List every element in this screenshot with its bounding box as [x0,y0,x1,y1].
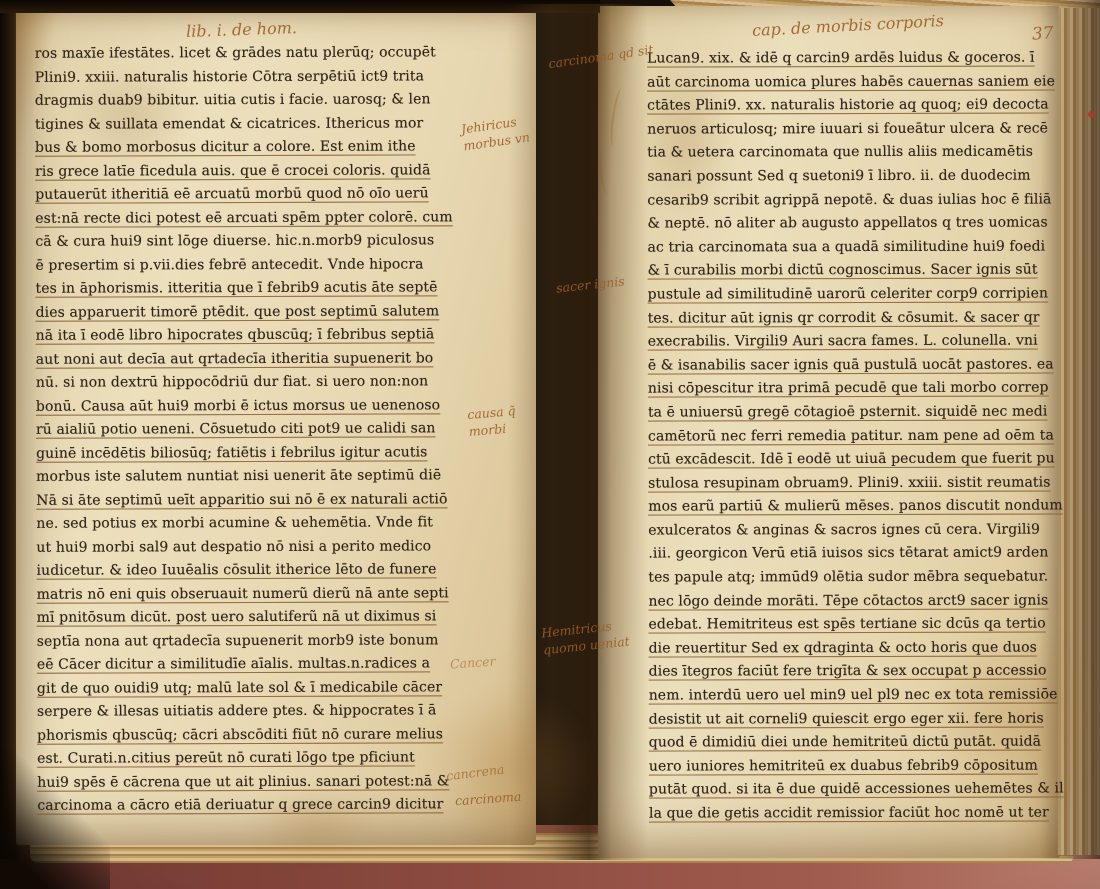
printed-text-line: edebat. Hemitriteus est spēs tertiane si… [648,613,1088,638]
book-photo: lib. i. de hom. cap. de morbis corporis … [0,0,1100,889]
printed-text-line: sanari possunt Sed q suetoni9 ī libro. i… [647,164,1087,189]
printed-text-line: cā & cura hui9 sint lōge diuerse. hic.n.… [35,229,473,254]
margin-note-cancer: Cancer [449,652,496,672]
margin-note-causa-morbi: causa q̃ morbi [467,402,518,440]
printed-text-line: Nā si āte septimū ueīt apparitio sui nō … [36,488,474,513]
printed-text-line: & ī curabilis morbi dictū cognoscimus. S… [648,259,1088,284]
printed-text-line: nem. interdū uero uel min9 uel pl9 nec e… [649,683,1089,708]
printed-text-line: iudicetur. & ideo Iuuēalis cōsulit ither… [36,558,474,583]
printed-text-line: serpere & illesas uitiatis addere ptes. … [37,699,475,724]
red-ink-speck [1088,111,1095,118]
printed-text-line: ctū excādescit. Idē ī eodē ut uiuā pecud… [648,448,1088,473]
printed-text-line: ut hui9 morbi sal9 aut despatio nō nisi … [36,535,474,560]
printed-text-line: exulceratos & anginas & sacros ignes cū … [648,518,1088,543]
printed-text-line: ta ē uniuersū gregē cōtagioē psternit. s… [648,400,1088,425]
printed-text-line: mī pnitōsum dicūt. post uero salutiferũ … [37,605,475,630]
left-header-annotation: lib. i. de hom. [186,18,298,41]
printed-text-line: guinē incēdētis biliosūq; fatiētis i feb… [36,441,474,466]
printed-text-line: nū. si non dextrū hippocōdriū dur fiat. … [36,370,474,395]
printed-text-line: morbus iste salutem nuntiat nisi uenerit… [36,464,474,489]
printed-text-line: matris nō eni quis obseruauit numerũ die… [37,582,475,607]
printed-text-line: ē presertim si p.vii.dies febrē antecedi… [35,253,473,278]
printed-text-line: git de quo ouidi9 utq; malū late sol & ī… [37,676,475,701]
printed-text-line: bus & bomo morbosus dicitur a colore. Es… [35,135,473,160]
printed-text-line: Plini9. xxiii. naturalis historie Cōtra … [35,65,473,90]
printed-text-line: uero iuniores hemitriteū ex duabus febri… [649,754,1089,779]
printed-text-line: rū aialiū potio ueneni. Cōsuetudo citi p… [36,417,474,442]
printed-text-line: aūt carcinoma uomica plures habēs cauern… [647,70,1087,95]
book-top-edge [0,0,600,13]
printed-text-line: cesarib9 scribit agrippā nepotē. & duas … [647,188,1087,213]
printed-text-line: desistit ut ait corneli9 quiescit ergo e… [649,707,1089,732]
printed-text-line: hui9 spēs ē cācrena que ut ait plinius. … [37,770,475,795]
printed-text-line: septīa nona aut qrtadecīa supuenerit mor… [37,629,475,654]
printed-text-line: mos earũ partiū & mulierũ mēses. panos d… [648,495,1088,520]
printed-text-line: ctātes Plini9. xx. naturalis historie aq… [647,94,1087,119]
right-page-text-block: Lucan9. xix. & idē q carcin9 ardēs luidu… [647,46,1089,826]
folio-number: 37 [1031,23,1054,44]
printed-text-line: eē Cācer dicitur a similitudīe aīalis. m… [37,652,475,677]
printed-text-line: dragmis duab9 bibitur. uitia cutis i fac… [35,88,473,113]
printed-text-line: pustule ad similitudinē uarorũ celeriter… [648,282,1088,307]
printed-text-line: carcinoma a cācro etiā deriuatur q grece… [37,793,475,818]
left-page-text-block: ros maxīe ifestātes. licet & grādes natu… [35,41,476,818]
printed-text-line: neruos articulosq; mire iuuari si foueāt… [647,117,1087,142]
printed-text-line: quod ē dimidiū diei unde hemitriteū dict… [649,731,1089,756]
printed-text-line: ris grece latīe ficedula auis. que ē cro… [35,159,473,184]
printed-text-line: & neptē. nō aliter ab augusto appellatos… [647,212,1087,237]
printed-text-line: nec lōgo deinde morāti. Tēpe cōtactos ar… [648,589,1088,614]
printed-text-line: ne. sed potius ex morbi acumine & uehemē… [36,511,474,536]
printed-text-line: dies apparuerit timorē ptēdit. que post … [36,300,474,325]
printed-text-line: aut noni aut decīa aut qrtadecīa itherit… [36,347,474,372]
printed-text-line: .iii. georgicon Verū etiā iuisos sics tē… [648,542,1088,567]
printed-text-line: la que die getis accidit remissior faciū… [649,801,1089,826]
printed-text-line: camētorũ nec ferri remedia patitur. nam … [648,424,1088,449]
printed-text-line: dies ītegros faciūt fere trigīta & sex o… [649,660,1089,685]
printed-text-line: ac tria carcinomata sua a quadā similitu… [647,235,1087,260]
printed-text-line: phorismis qbuscūq; cācri abscōditi fiūt … [37,723,475,748]
printed-text-line: ros maxīe ifestātes. licet & grādes natu… [35,41,473,66]
margin-note-line: Cancer [449,652,496,672]
printed-text-line: execrabilis. Virgili9 Auri sacra fames. … [648,330,1088,355]
printed-text-line: putauerūt itheritiā eē arcuatū morbū quo… [35,182,473,207]
printed-text-line: ē & isanabilis sacer ignis quā pustulā u… [648,353,1088,378]
printed-text-line: die reuertitur Sed ex qdraginta & octo h… [649,636,1089,661]
printed-text-line: stulosa resupinam obruam9. Plini9. xxiii… [648,471,1088,496]
printed-text-line: nisi cōpescitur itra primā pecudē que ta… [648,377,1088,402]
printed-text-line: est. Curati.n.citius pereūt nō curati lō… [37,746,475,771]
printed-text-line: bonū. Causa aūt hui9 morbi ē ictus morsu… [36,394,474,419]
printed-text-line: nā ita ī eodē libro hipocrates qbuscūq; … [36,323,474,348]
printed-text-line: tes papule atq; immūd9 olētia sudor mēbr… [648,565,1088,590]
printed-text-line: tes in āphorismis. itteritia que ī febri… [35,276,473,301]
printed-text-line: est:nā recte dici potest eē arcuati spēm… [35,206,473,231]
printed-text-line: tes. dicitur aūt ignis qr corrodit & cōs… [648,306,1088,331]
printed-text-line: tia & uetera carcinomata que nullis alii… [647,141,1087,166]
printed-text-line: tigines & suillata emendat & cicatrices.… [35,112,473,137]
printed-text-line: putāt quod. si ita ē due quidē accession… [649,778,1089,803]
printed-text-line: Lucan9. xix. & idē q carcin9 ardēs luidu… [647,46,1087,71]
